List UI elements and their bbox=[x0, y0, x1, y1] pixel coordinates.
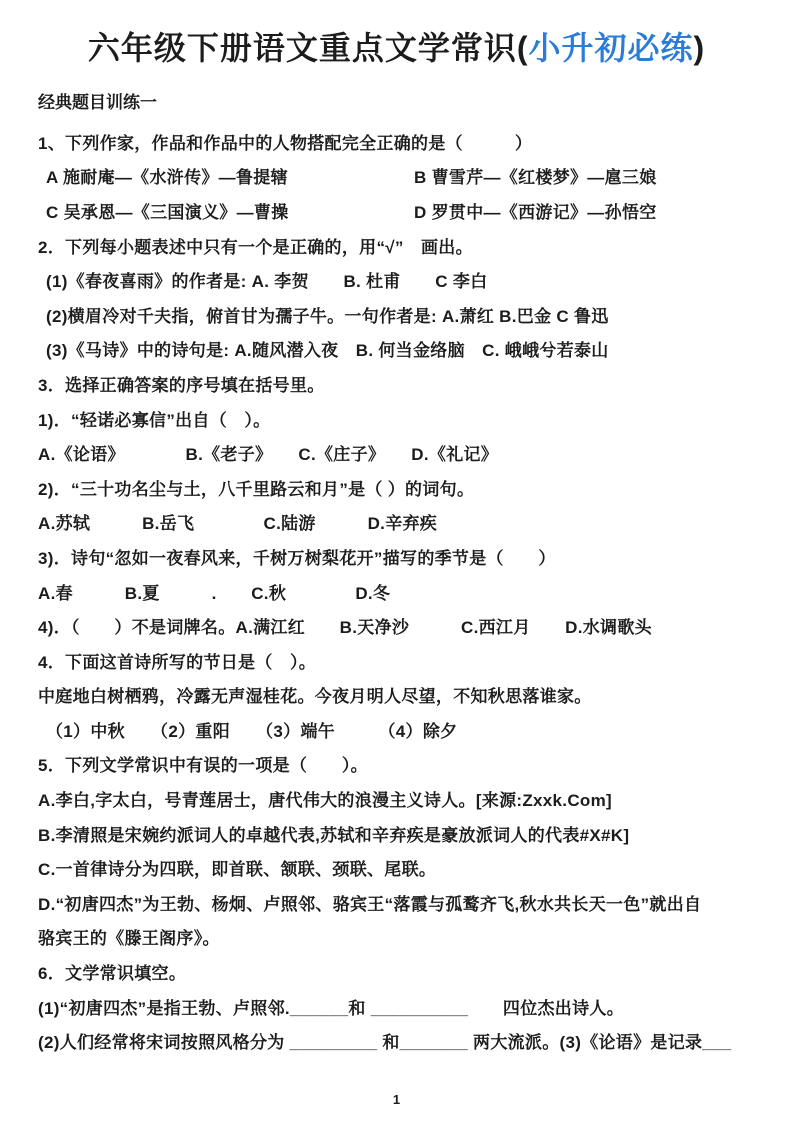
line-text: A.李白,字太白，号青莲居士，唐代伟大的浪漫主义诗人。[来源:Zxxk.Com] bbox=[38, 786, 612, 811]
title-prefix: 六年级下册语文重点文学常识( bbox=[88, 30, 529, 66]
option-row: A.李白,字太白，号青莲居士，唐代伟大的浪漫主义诗人。[来源:Zxxk.Com] bbox=[0, 781, 793, 816]
line-text: 骆宾王的《滕王阁序》。 bbox=[38, 924, 220, 949]
line-text: 5．下列文学常识中有误的一项是（ ）。 bbox=[38, 751, 368, 776]
document-title: 六年级下册语文重点文学常识(小升初必练) bbox=[0, 0, 793, 70]
option-row: C 吴承恩—《三国演义》—曹操D 罗贯中—《西游记》—孙悟空 bbox=[0, 193, 793, 228]
line-text: 4)．（ ）不是词牌名。A.满江红 B.天净沙 C.西江月 D.水调歌头 bbox=[38, 613, 652, 638]
line-text: A.《论语》 B.《老子》 C.《庄子》 D.《礼记》 bbox=[38, 440, 498, 465]
option-row: （1）中秋 （2）重阳 （3）端午 （4）除夕 bbox=[0, 712, 793, 747]
line-text: 6．文学常识填空。 bbox=[38, 959, 186, 984]
option-row: A 施耐庵—《水浒传》—鲁提辖B 曹雪芹—《红楼梦》—扈三娘 bbox=[0, 159, 793, 194]
question-line: 4．下面这首诗所写的节日是（ ）。 bbox=[0, 643, 793, 678]
title-suffix: ) bbox=[694, 30, 706, 66]
line-text: 2)．“三十功名尘与土，八千里路云和月”是（ ）的词句。 bbox=[38, 475, 474, 500]
option-d: D 罗贯中—《西游记》—孙悟空 bbox=[414, 198, 657, 223]
page-number: 1 bbox=[0, 1092, 793, 1107]
line-text: 3)．诗句“忽如一夜春风来，千树万树梨花开”描写的季节是（ ） bbox=[38, 544, 556, 569]
option-row: C.一首律诗分为四联，即首联、颔联、颈联、尾联。 bbox=[0, 850, 793, 885]
option-row: A.春 B.夏 . C.秋 D.冬 bbox=[0, 574, 793, 609]
sub-question-line: (3)《马诗》中的诗句是: A.随风潜入夜 B. 何当金络脑 C. 峨峨兮若泰山 bbox=[0, 332, 793, 367]
poem-line: 中庭地白树栖鸦，冷露无声湿桂花。今夜月明人尽望，不知秋思落谁家。 bbox=[0, 678, 793, 713]
section-heading: 经典题目训练一 bbox=[0, 90, 793, 116]
line-text: A.春 B.夏 . C.秋 D.冬 bbox=[38, 579, 390, 604]
line-text: (1)“初唐四杰”是指王勃、卢照邻.______和 __________ 四位杰… bbox=[38, 994, 624, 1019]
sub-question-line: 4)．（ ）不是词牌名。A.满江红 B.天净沙 C.西江月 D.水调歌头 bbox=[0, 608, 793, 643]
question-line: 3．选择正确答案的序号填在括号里。 bbox=[0, 366, 793, 401]
line-text: C.一首律诗分为四联，即首联、颔联、颈联、尾联。 bbox=[38, 855, 436, 880]
sub-question-line: (1)《春夜喜雨》的作者是: A. 李贺 B. 杜甫 C 李白 bbox=[0, 262, 793, 297]
line-text: A.苏轼 B.岳飞 C.陆游 D.辛弃疾 bbox=[38, 509, 437, 534]
line-text: (3)《马诗》中的诗句是: A.随风潜入夜 B. 何当金络脑 C. 峨峨兮若泰山 bbox=[46, 336, 609, 361]
option-c: C 吴承恩—《三国演义》—曹操 bbox=[46, 198, 414, 223]
question-line: 2．下列每小题表述中只有一个是正确的，用“√” 画出。 bbox=[0, 228, 793, 263]
fill-blank-line: (1)“初唐四杰”是指王勃、卢照邻.______和 __________ 四位杰… bbox=[0, 989, 793, 1024]
line-text: 4．下面这首诗所写的节日是（ ）。 bbox=[38, 648, 316, 673]
line-text: 2．下列每小题表述中只有一个是正确的，用“√” 画出。 bbox=[38, 233, 473, 258]
question-line: 5．下列文学常识中有误的一项是（ ）。 bbox=[0, 747, 793, 782]
line-text: （1）中秋 （2）重阳 （3）端午 （4）除夕 bbox=[46, 717, 457, 742]
sub-question-line: 1)．“轻诺必寡信”出自（ ）。 bbox=[0, 401, 793, 436]
line-text: 1)．“轻诺必寡信”出自（ ）。 bbox=[38, 406, 270, 431]
line-text: B.李清照是宋婉约派词人的卓越代表,苏轼和辛弃疾是豪放派词人的代表#X#K] bbox=[38, 821, 629, 846]
option-row: A.《论语》 B.《老子》 C.《庄子》 D.《礼记》 bbox=[0, 435, 793, 470]
option-b: B 曹雪芹—《红楼梦》—扈三娘 bbox=[414, 163, 657, 188]
line-text: D.“初唐四杰”为王勃、杨炯、卢照邻、骆宾王“落霞与孤鹜齐飞,秋水共长天一色”就… bbox=[38, 890, 701, 915]
option-a: A 施耐庵—《水浒传》—鲁提辖 bbox=[46, 163, 414, 188]
sub-question-line: 3)．诗句“忽如一夜春风来，千树万树梨花开”描写的季节是（ ） bbox=[0, 539, 793, 574]
sub-question-line: (2)横眉冷对千夫指，俯首甘为孺子牛。一句作者是: A.萧红 B.巴金 C 鲁迅 bbox=[0, 297, 793, 332]
line-text: (2)横眉冷对千夫指，俯首甘为孺子牛。一句作者是: A.萧红 B.巴金 C 鲁迅 bbox=[46, 302, 609, 327]
line-text: 1、下列作家，作品和作品中的人物搭配完全正确的是（ ） bbox=[38, 129, 532, 154]
fill-blank-line: (2)人们经常将宋词按照风格分为 _________ 和_______ 两大流派… bbox=[0, 1023, 793, 1058]
title-highlight: 小升初必练 bbox=[529, 30, 694, 66]
option-row-continuation: 骆宾王的《滕王阁序》。 bbox=[0, 920, 793, 955]
document-page: 六年级下册语文重点文学常识(小升初必练) 经典题目训练一 1、下列作家，作品和作… bbox=[0, 0, 793, 1121]
option-row: A.苏轼 B.岳飞 C.陆游 D.辛弃疾 bbox=[0, 505, 793, 540]
sub-question-line: 2)．“三十功名尘与土，八千里路云和月”是（ ）的词句。 bbox=[0, 470, 793, 505]
line-text: 3．选择正确答案的序号填在括号里。 bbox=[38, 371, 325, 396]
question-line: 6．文学常识填空。 bbox=[0, 954, 793, 989]
line-text: 中庭地白树栖鸦，冷露无声湿桂花。今夜月明人尽望，不知秋思落谁家。 bbox=[38, 682, 592, 707]
question-line: 1、下列作家，作品和作品中的人物搭配完全正确的是（ ） bbox=[0, 124, 793, 159]
line-text: (2)人们经常将宋词按照风格分为 _________ 和_______ 两大流派… bbox=[38, 1028, 732, 1053]
document-body: 1、下列作家，作品和作品中的人物搭配完全正确的是（ ） A 施耐庵—《水浒传》—… bbox=[0, 124, 793, 1058]
option-row: B.李清照是宋婉约派词人的卓越代表,苏轼和辛弃疾是豪放派词人的代表#X#K] bbox=[0, 816, 793, 851]
line-text: (1)《春夜喜雨》的作者是: A. 李贺 B. 杜甫 C 李白 bbox=[46, 267, 488, 292]
option-row: D.“初唐四杰”为王勃、杨炯、卢照邻、骆宾王“落霞与孤鹜齐飞,秋水共长天一色”就… bbox=[0, 885, 793, 920]
